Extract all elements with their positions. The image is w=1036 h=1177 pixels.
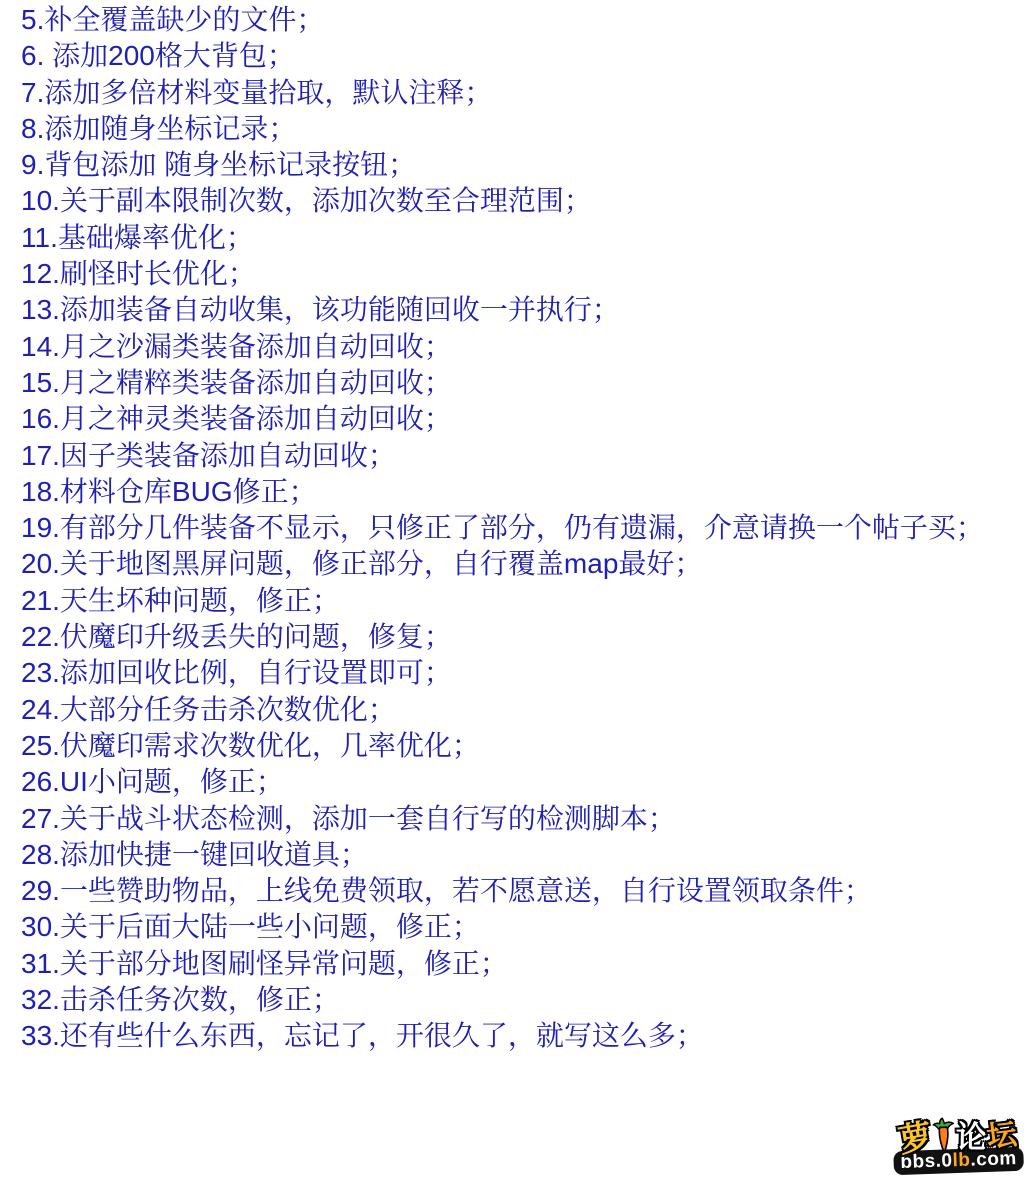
changelog-line: 28.添加快捷一键回收道具； — [21, 837, 1026, 873]
forum-watermark-logo: 萝 论 坛 bbs.0lb.com — [881, 1110, 1035, 1175]
changelog-line: 16.月之神灵类装备添加自动回收； — [21, 401, 1026, 437]
changelog-line: 32.击杀任务次数，修正； — [21, 982, 1026, 1018]
changelog-line: 30.关于后面大陆一些小问题，修正； — [21, 909, 1026, 945]
changelog-line: 11.基础爆率优化； — [21, 220, 1026, 256]
changelog-line: 18.材料仓库BUG修正； — [21, 474, 1026, 510]
changelog-line: 9.背包添加 随身坐标记录按钮； — [21, 147, 1026, 183]
changelog-line: 26.UI小问题，修正； — [21, 764, 1026, 800]
watermark-char-tan: 坛 — [985, 1120, 1018, 1153]
changelog-line: 15.月之精粹类装备添加自动回收； — [21, 365, 1026, 401]
changelog-line: 13.添加装备自动收集，该功能随回收一并执行； — [21, 292, 1026, 328]
changelog-line: 25.伏魔印需求次数优化，几率优化； — [21, 728, 1026, 764]
changelog-line: 12.刷怪时长优化； — [21, 256, 1026, 292]
changelog-line: 24.大部分任务击杀次数优化； — [21, 692, 1026, 728]
watermark-char-lun: 论 — [956, 1121, 988, 1153]
changelog-line: 5.补全覆盖缺少的文件； — [21, 2, 1026, 38]
watermark-site-name: 萝 论 坛 — [881, 1110, 1034, 1155]
changelog-line: 7.添加多倍材料变量拾取，默认注释； — [21, 75, 1026, 111]
changelog-line: 14.月之沙漏类装备添加自动回收； — [21, 329, 1026, 365]
changelog-line: 19.有部分几件装备不显示，只修正了部分，仍有遗漏，介意请换一个帖子买； — [21, 510, 1026, 546]
watermark-char-luo: 萝 — [896, 1119, 934, 1157]
changelog-line: 6. 添加200格大背包； — [21, 38, 1026, 74]
forum-post-screenshot: 5.补全覆盖缺少的文件； 6. 添加200格大背包； 7.添加多倍材料变量拾取，… — [0, 0, 1036, 1177]
changelog-line: 22.伏魔印升级丢失的问题，修复； — [21, 619, 1026, 655]
changelog-line: 31.关于部分地图刷怪异常问题，修正； — [21, 946, 1026, 982]
changelog-line: 21.天生坏种问题，修正； — [21, 583, 1026, 619]
changelog-list: 5.补全覆盖缺少的文件； 6. 添加200格大背包； 7.添加多倍材料变量拾取，… — [21, 2, 1026, 1055]
changelog-line: 33.还有些什么东西，忘记了，开很久了，就写这么多； — [21, 1018, 1026, 1054]
changelog-line: 27.关于战斗状态检测，添加一套自行写的检测脚本； — [21, 801, 1026, 837]
changelog-line: 20.关于地图黑屏问题，修正部分，自行覆盖map最好； — [21, 546, 1026, 582]
changelog-line: 10.关于副本限制次数，添加次数至合理范围； — [21, 183, 1026, 219]
changelog-line: 29.一些赞助物品，上线免费领取，若不愿意送，自行设置领取条件； — [21, 873, 1026, 909]
changelog-line: 8.添加随身坐标记录； — [21, 111, 1026, 147]
changelog-line: 17.因子类装备添加自动回收； — [21, 438, 1026, 474]
changelog-line: 23.添加回收比例，自行设置即可； — [21, 655, 1026, 691]
